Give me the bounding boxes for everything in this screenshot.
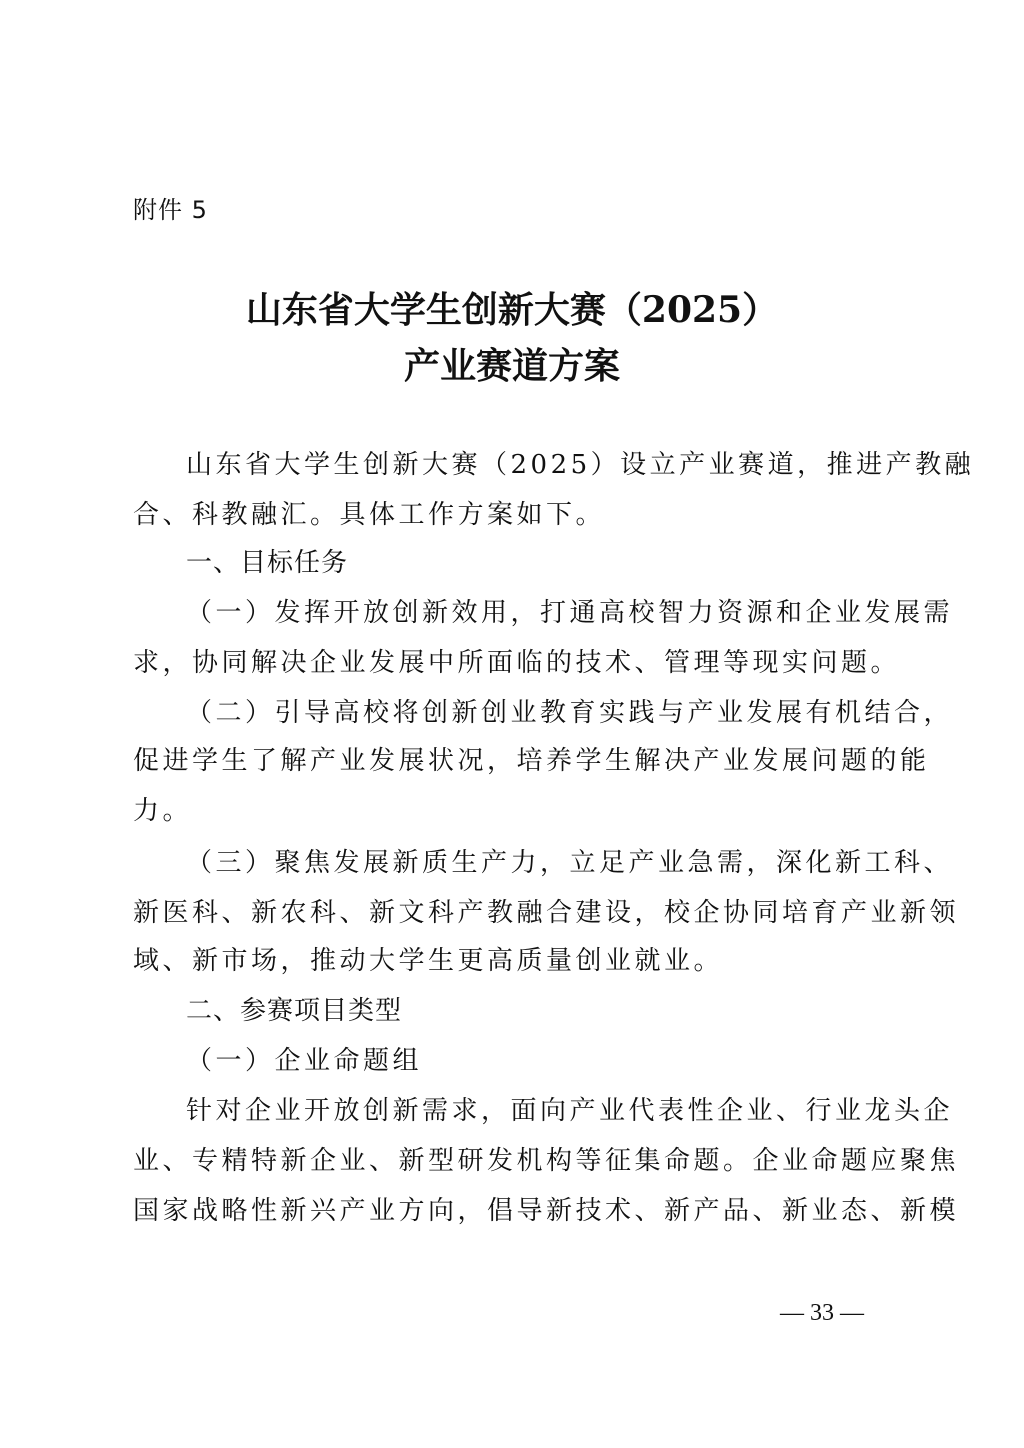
attachment-label: 附件 5: [133, 190, 208, 225]
item1-line-2: 求，协同解决企业发展中所面临的技术、管理等现实问题。: [133, 648, 893, 678]
document-title-line2: 产业赛道方案: [0, 338, 1024, 389]
item2-line-3: 力。: [133, 796, 893, 826]
enterprise-para-line-1: 针对企业开放创新需求，面向产业代表性企业、行业龙头企: [186, 1096, 946, 1126]
section1-heading: 一、目标任务: [186, 548, 946, 578]
item1-line-1: （一）发挥开放创新效用，打通高校智力资源和企业发展需: [186, 598, 946, 628]
page-number: — 33 —: [780, 1300, 864, 1327]
item3-line-3: 域、新市场，推动大学生更高质量创业就业。: [133, 946, 893, 976]
section2-heading: 二、参赛项目类型: [186, 996, 946, 1026]
enterprise-para-line-2: 业、专精特新企业、新型研发机构等征集命题。企业命题应聚焦: [133, 1146, 893, 1176]
document-title-line1: 山东省大学生创新大赛（2025）: [0, 282, 1024, 333]
item3-line-2: 新医科、新农科、新文科产教融合建设，校企协同培育产业新领: [133, 898, 893, 928]
enterprise-para-line-3: 国家战略性新兴产业方向，倡导新技术、新产品、新业态、新模: [133, 1196, 893, 1226]
intro-line-2: 合、科教融汇。具体工作方案如下。: [133, 500, 893, 530]
item2-line-1: （二）引导高校将创新创业教育实践与产业发展有机结合，: [186, 698, 946, 728]
subsection1-heading: （一）企业命题组: [186, 1046, 946, 1076]
item3-line-1: （三）聚焦发展新质生产力，立足产业急需，深化新工科、: [186, 848, 946, 878]
intro-line-1: 山东省大学生创新大赛（2025）设立产业赛道，推进产教融: [186, 450, 946, 480]
item2-line-2: 促进学生了解产业发展状况，培养学生解决产业发展问题的能: [133, 746, 893, 776]
